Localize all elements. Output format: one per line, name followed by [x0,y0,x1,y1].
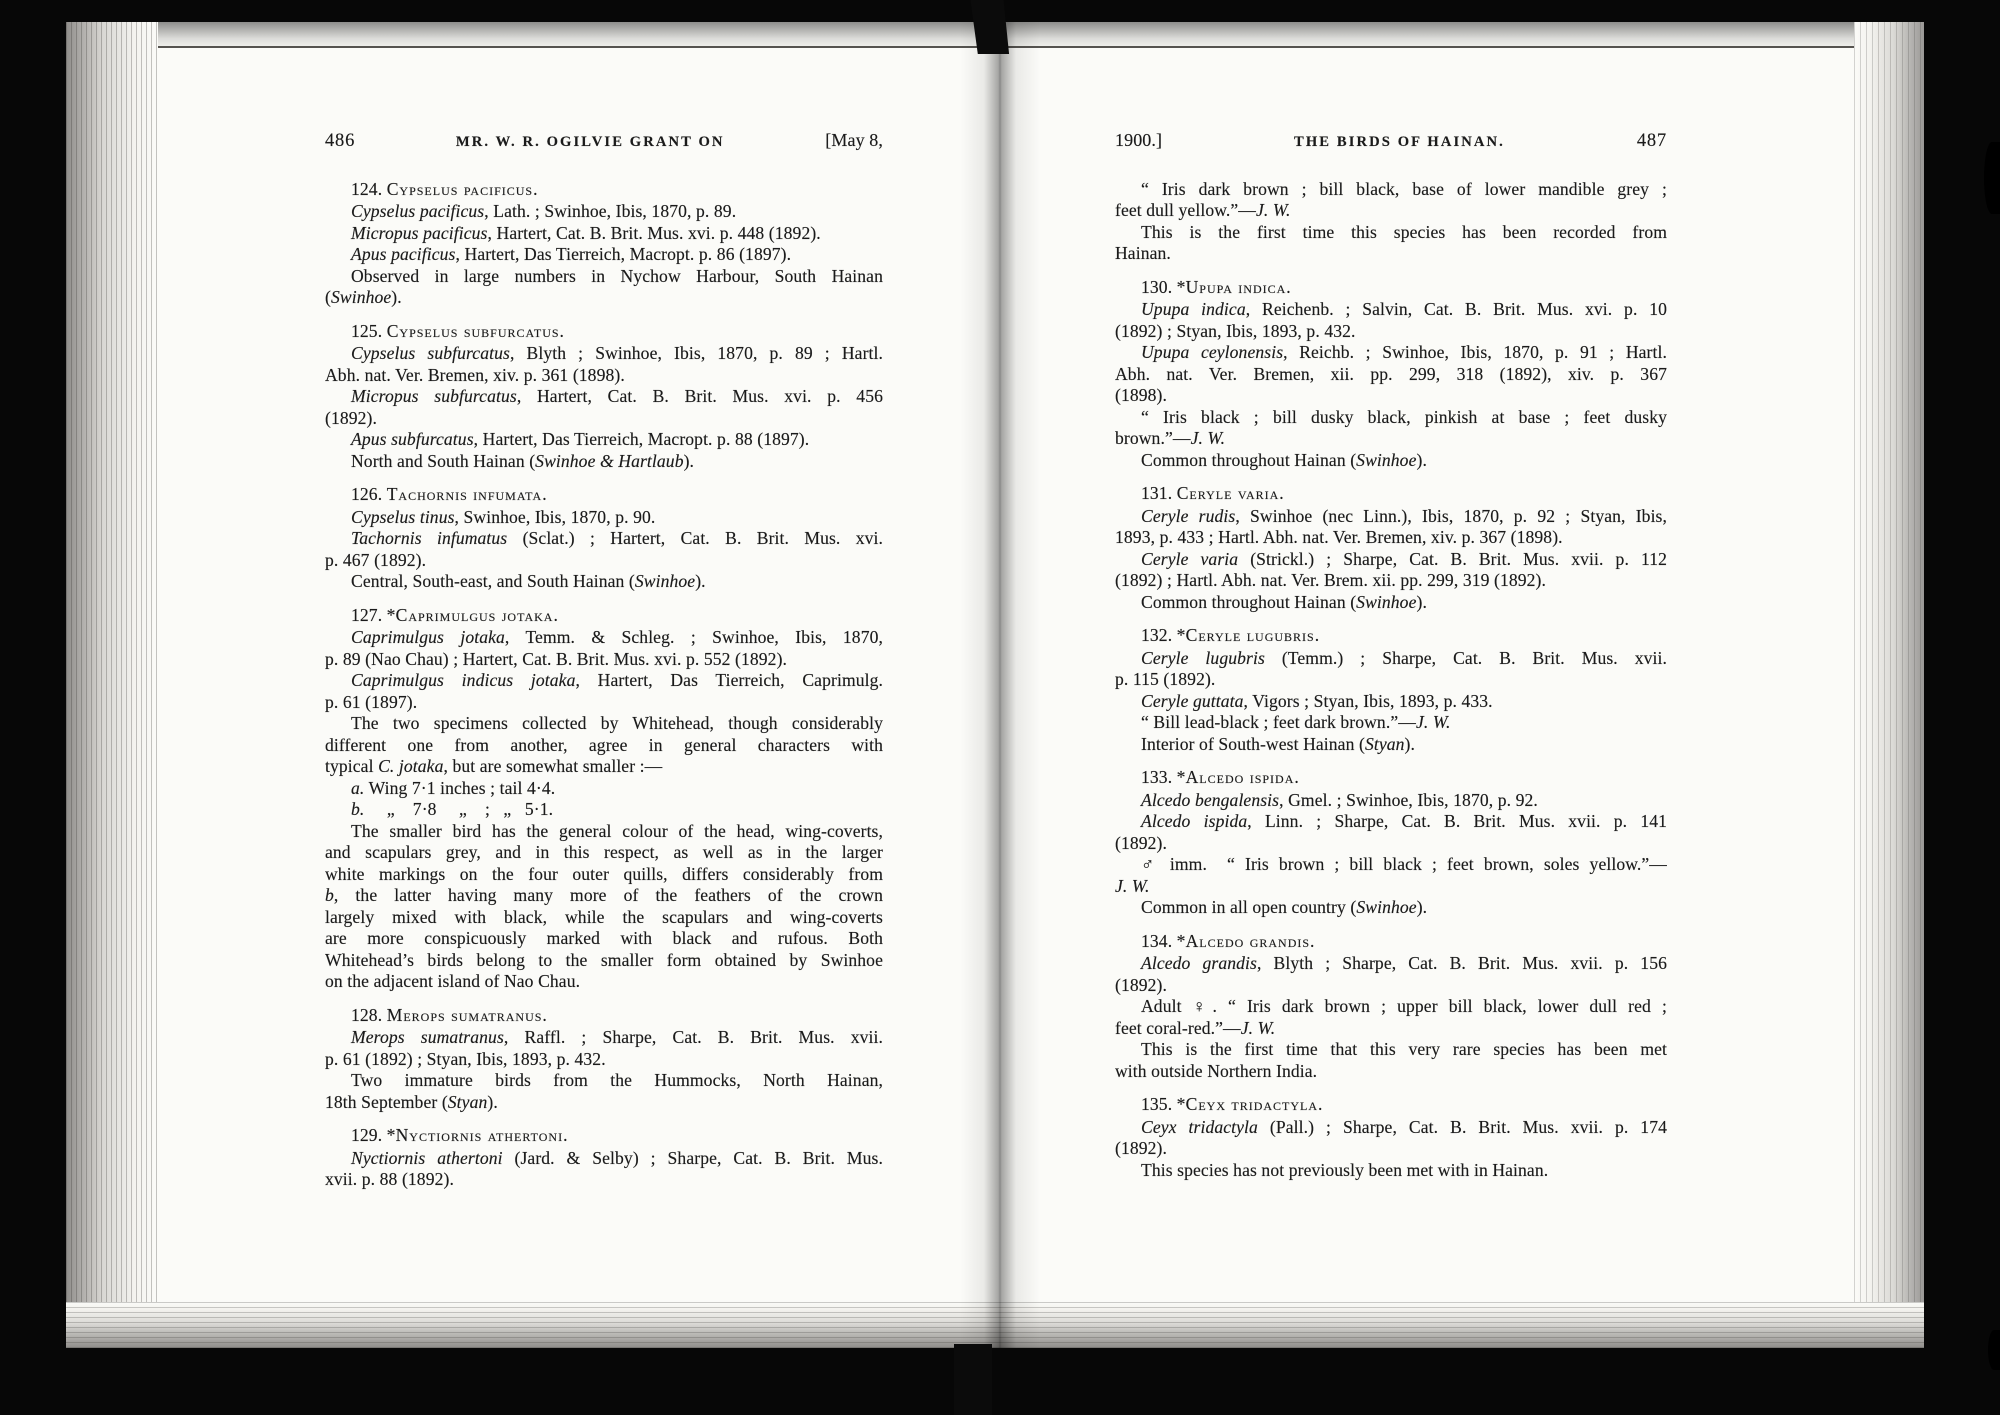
text-line: a. Wing 7·1 inches ; tail 4·4. [325,778,883,800]
text-line: are more conspicuously marked with black… [325,928,883,950]
text-line: Central, South-east, and South Hainan (S… [325,571,883,593]
left-page-header: 486 MR. W. R. OGILVIE GRANT ON [May 8, [325,130,883,154]
text-line: Abh. nat. Ver. Bremen, xii. pp. 299, 318… [1115,364,1667,386]
text-line: Common in all open country (Swinhoe). [1115,897,1667,919]
species-heading: 127. *Caprimulgus jotaka. [325,605,883,627]
text-line: This is the first time this species has … [1115,222,1667,244]
text-line: feet dull yellow.”—J. W. [1115,200,1667,222]
species-heading: 131. Ceryle varia. [1115,483,1667,505]
running-title-right: THE BIRDS OF HAINAN. [1294,132,1505,154]
text-line: (1892) ; Hartl. Abh. nat. Ver. Brem. xii… [1115,570,1667,592]
book-gutter-shadow [960,22,1040,1348]
text-line: Micropus subfurcatus, Hartert, Cat. B. B… [325,386,883,408]
text-line: on the adjacent island of Nao Chau. [325,971,883,993]
species-heading: 129. *Nyctiornis athertoni. [325,1125,883,1147]
page-number-left: 486 [325,131,355,153]
text-line: brown.”—J. W. [1115,428,1667,450]
page-stack-edge-right [1854,22,1924,1348]
species-heading: 125. Cypselus subfurcatus. [325,321,883,343]
text-line: largely mixed with black, while the scap… [325,907,883,929]
text-line: Caprimulgus indicus jotaka, Hartert, Das… [325,670,883,692]
date-header-right: 1900.] [1115,130,1162,152]
species-heading: 135. *Ceyx tridactyla. [1115,1094,1667,1116]
text-line: (1892). [1115,833,1667,855]
left-page: 486 MR. W. R. OGILVIE GRANT ON [May 8, 1… [325,130,883,1191]
species-heading: 133. *Alcedo ispida. [1115,767,1667,789]
text-line: Apus subfurcatus, Hartert, Das Tierreich… [325,429,883,451]
text-line: Alcedo grandis, Blyth ; Sharpe, Cat. B. … [1115,953,1667,975]
text-line: (1892). [325,408,883,430]
text-line: Ceryle rudis, Swinhoe (nec Linn.), Ibis,… [1115,506,1667,528]
text-line: Nyctiornis athertoni (Jard. & Selby) ; S… [325,1148,883,1170]
text-line: ♂ imm. “ Iris brown ; bill black ; feet … [1115,854,1667,876]
species-heading: 128. Merops sumatranus. [325,1005,883,1027]
text-line: The two specimens collected by Whitehead… [325,713,883,735]
text-line: Alcedo bengalensis, Gmel. ; Swinhoe, Ibi… [1115,790,1667,812]
text-line: 1893, p. 433 ; Hartl. Abh. nat. Ver. Bre… [1115,527,1667,549]
text-line: This species has not previously been met… [1115,1160,1667,1182]
text-line: b. „ 7·8 „ ; „ 5·1. [325,799,883,821]
text-line: (1892). [1115,975,1667,997]
right-page: 1900.] THE BIRDS OF HAINAN. 487 “ Iris d… [1115,130,1667,1181]
species-heading: 124. Cypselus pacificus. [325,179,883,201]
text-line: “ Iris dark brown ; bill black, base of … [1115,179,1667,201]
text-line: (Swinhoe). [325,287,883,309]
text-line: Apus pacificus, Hartert, Das Tierreich, … [325,244,883,266]
page-number-right: 487 [1637,131,1667,153]
text-line: Common throughout Hainan (Swinhoe). [1115,450,1667,472]
date-header-left: [May 8, [825,130,883,152]
text-line: Cypselus tinus, Swinhoe, Ibis, 1870, p. … [325,507,883,529]
species-heading: 126. Tachornis infumata. [325,484,883,506]
text-line: Upupa ceylonensis, Reichb. ; Swinhoe, Ib… [1115,342,1667,364]
text-line: Alcedo ispida, Linn. ; Sharpe, Cat. B. B… [1115,811,1667,833]
species-heading: 130. *Upupa indica. [1115,277,1667,299]
right-page-header: 1900.] THE BIRDS OF HAINAN. 487 [1115,130,1667,154]
text-line: Interior of South-west Hainan (Styan). [1115,734,1667,756]
text-line: p. 467 (1892). [325,550,883,572]
text-line: Micropus pacificus, Hartert, Cat. B. Bri… [325,223,883,245]
text-line: The smaller bird has the general colour … [325,821,883,843]
text-line: J. W. [1115,876,1667,898]
text-line: different one from another, agree in gen… [325,735,883,757]
text-line: 18th September (Styan). [325,1092,883,1114]
text-line: Cypselus pacificus, Lath. ; Swinhoe, Ibi… [325,201,883,223]
text-line: “ Bill lead-black ; feet dark brown.”—J.… [1115,712,1667,734]
text-line: xvii. p. 88 (1892). [325,1169,883,1191]
text-line: Ceryle guttata, Vigors ; Styan, Ibis, 18… [1115,691,1667,713]
text-line: Observed in large numbers in Nychow Harb… [325,266,883,288]
scan-artifact-right [1984,142,2000,214]
text-line: Common throughout Hainan (Swinhoe). [1115,592,1667,614]
text-line: Two immature birds from the Hummocks, No… [325,1070,883,1092]
left-page-text: 124. Cypselus pacificus.Cypselus pacific… [325,179,883,1191]
text-line: Tachornis infumatus (Sclat.) ; Hartert, … [325,528,883,550]
text-line: p. 89 (Nao Chau) ; Hartert, Cat. B. Brit… [325,649,883,671]
right-page-text: “ Iris dark brown ; bill black, base of … [1115,179,1667,1182]
species-heading: 134. *Alcedo grandis. [1115,931,1667,953]
text-line: Hainan. [1115,243,1667,265]
text-line: This is the first time that this very ra… [1115,1039,1667,1061]
text-line: p. 61 (1892) ; Styan, Ibis, 1893, p. 432… [325,1049,883,1071]
text-line: Ceyx tridactyla (Pall.) ; Sharpe, Cat. B… [1115,1117,1667,1139]
text-line: Caprimulgus jotaka, Temm. & Schleg. ; Sw… [325,627,883,649]
text-line: Cypselus subfurcatus, Blyth ; Swinhoe, I… [325,343,883,365]
text-line: Abh. nat. Ver. Bremen, xiv. p. 361 (1898… [325,365,883,387]
running-title-left: MR. W. R. OGILVIE GRANT ON [456,132,725,154]
text-line: (1898). [1115,385,1667,407]
text-line: and scapulars grey, and in this respect,… [325,842,883,864]
text-line: typical C. jotaka, but are somewhat smal… [325,756,883,778]
text-line: b, the latter having many more of the fe… [325,885,883,907]
text-line: p. 61 (1897). [325,692,883,714]
text-line: Adult ♀. “ Iris dark brown ; upper bill … [1115,996,1667,1018]
scanned-book-spread: 486 MR. W. R. OGILVIE GRANT ON [May 8, 1… [0,0,2000,1415]
text-line: “ Iris black ; bill dusky black, pinkish… [1115,407,1667,429]
text-line: Upupa indica, Reichenb. ; Salvin, Cat. B… [1115,299,1667,321]
text-line: white markings on the four outer quills,… [325,864,883,886]
text-line: Merops sumatranus, Raffl. ; Sharpe, Cat.… [325,1027,883,1049]
scan-artifact-right-bottom [1988,1330,2000,1370]
text-line: Ceryle lugubris (Temm.) ; Sharpe, Cat. B… [1115,648,1667,670]
text-line: (1892). [1115,1138,1667,1160]
bookmark-ribbon-bottom [954,1344,992,1415]
text-line: p. 115 (1892). [1115,669,1667,691]
text-line: with outside Northern India. [1115,1061,1667,1083]
text-line: Ceryle varia (Strickl.) ; Sharpe, Cat. B… [1115,549,1667,571]
page-stack-edge-left [66,22,158,1348]
text-line: North and South Hainan (Swinhoe & Hartla… [325,451,883,473]
species-heading: 132. *Ceryle lugubris. [1115,625,1667,647]
text-line: feet coral-red.”—J. W. [1115,1018,1667,1040]
text-line: (1892) ; Styan, Ibis, 1893, p. 432. [1115,321,1667,343]
text-line: Whitehead’s birds belong to the smaller … [325,950,883,972]
